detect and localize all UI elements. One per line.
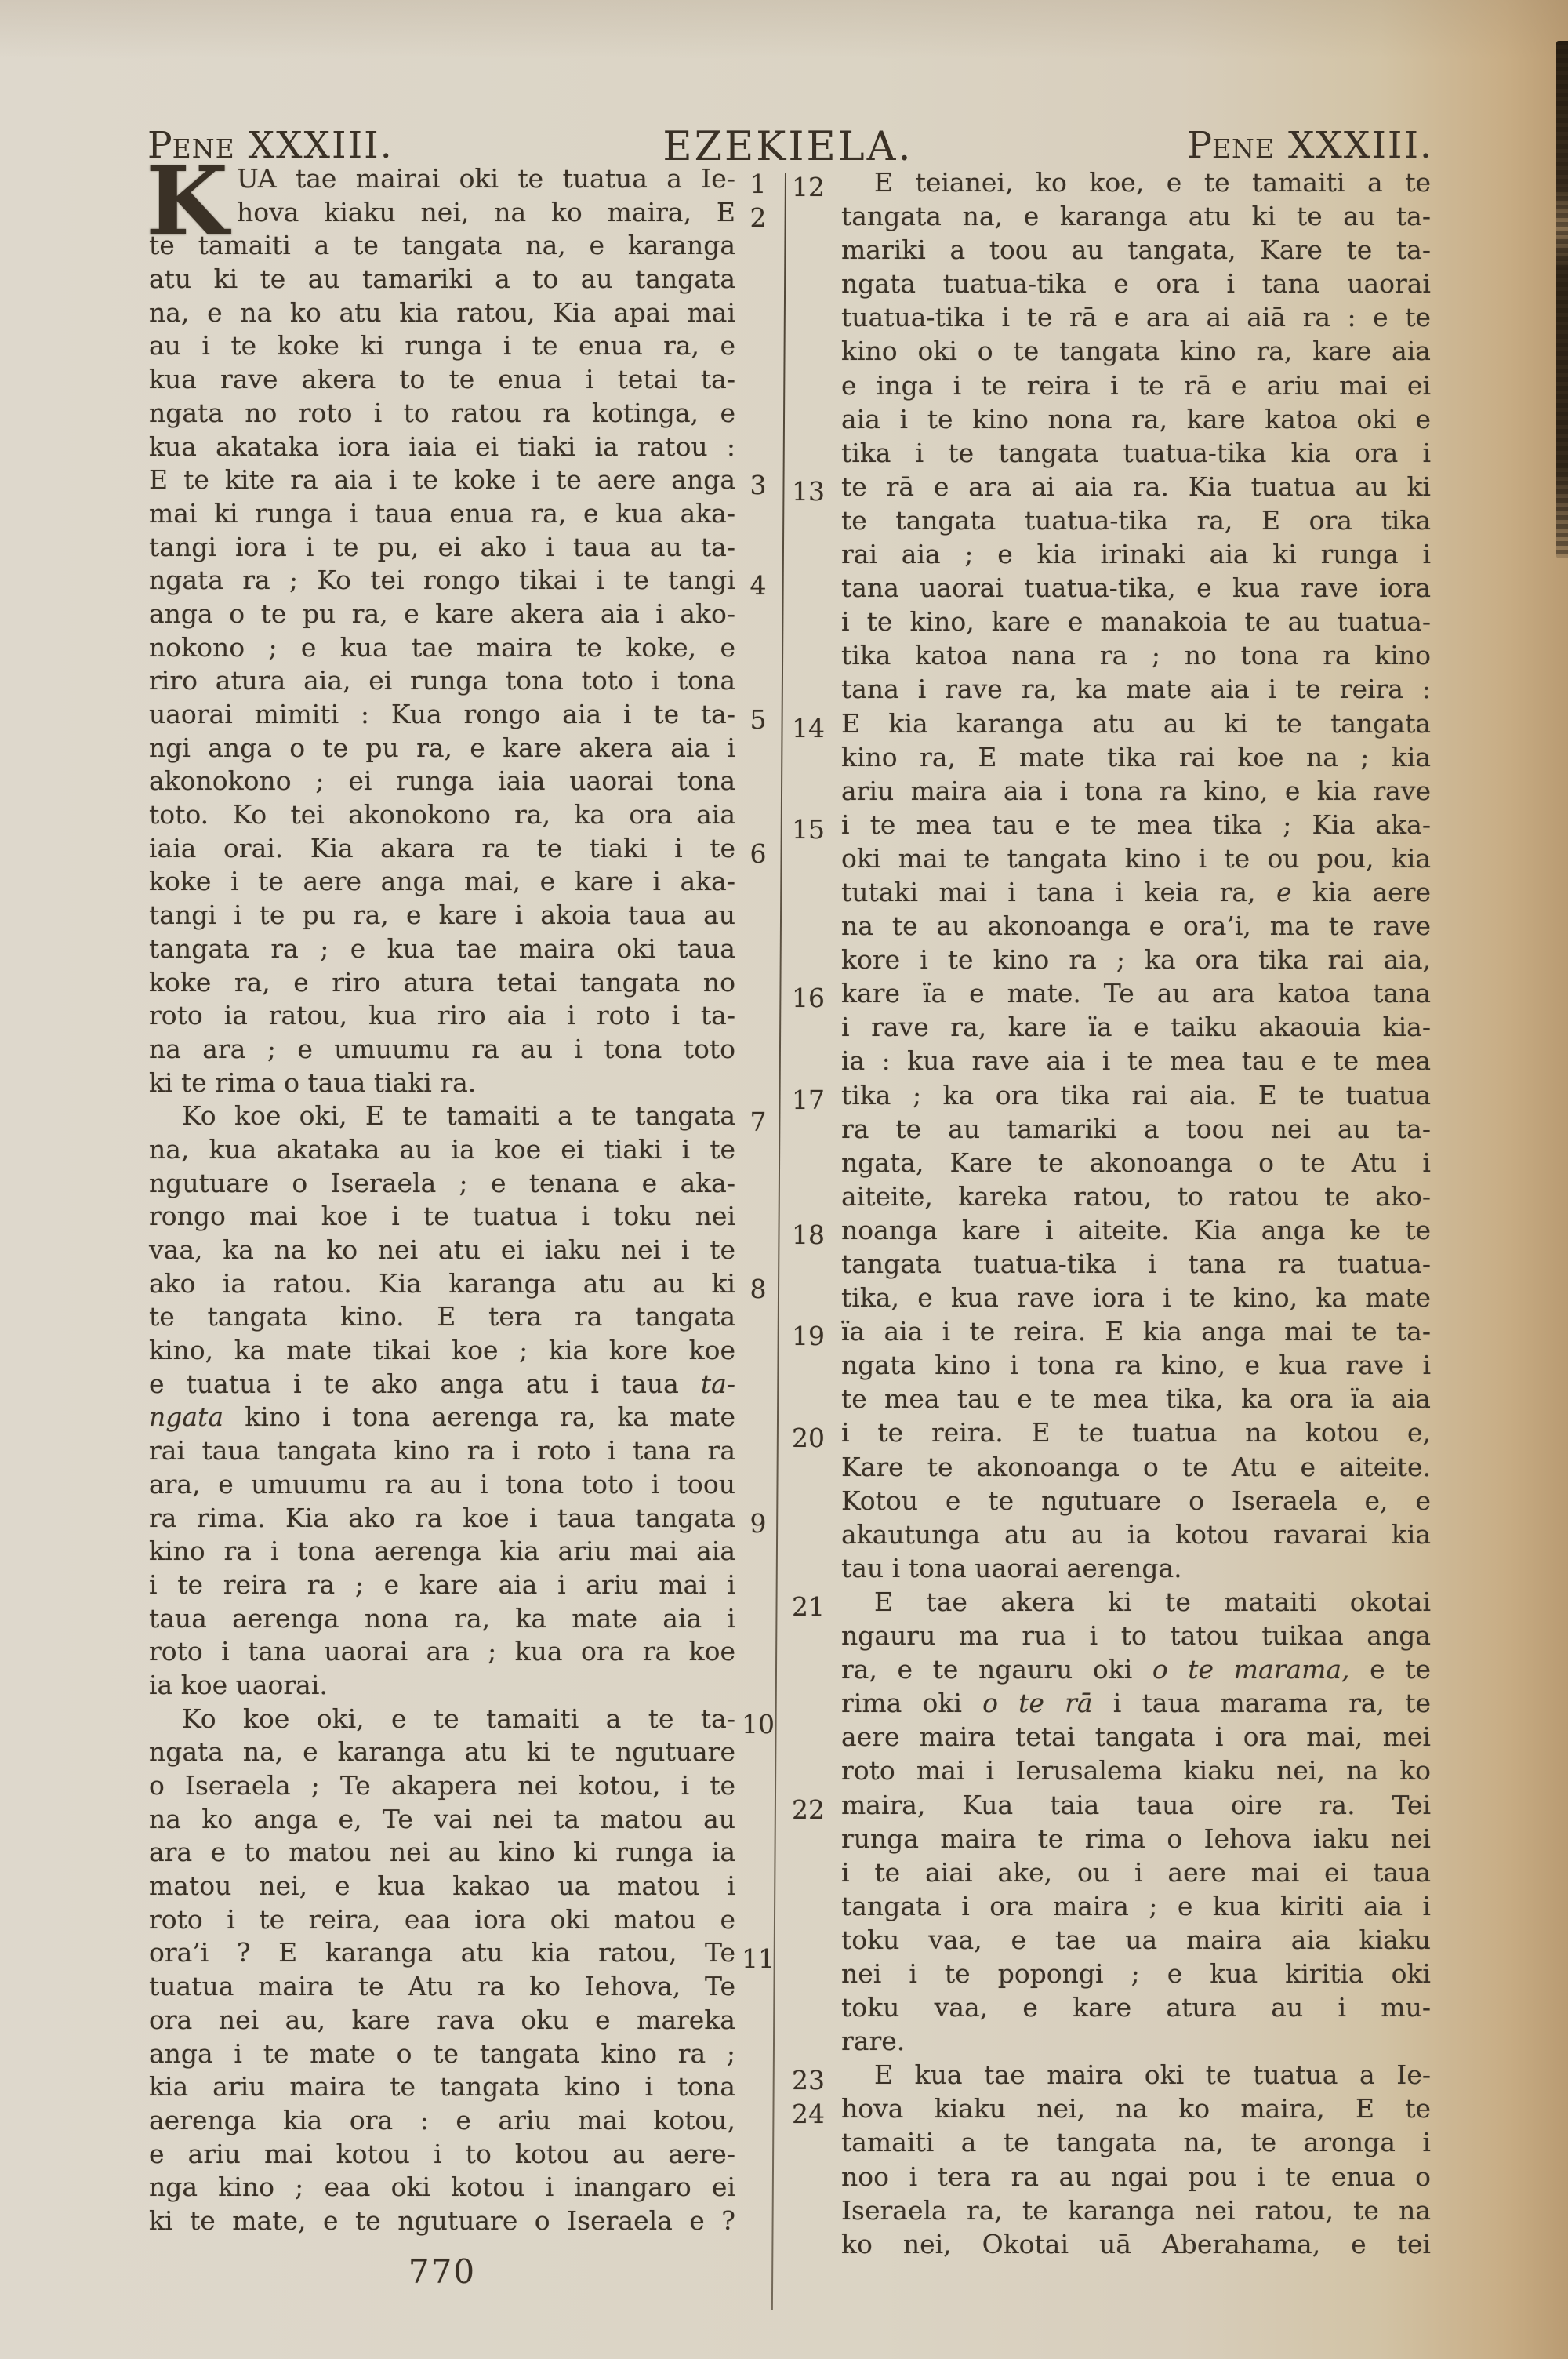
text-line: ora nei au, kare rava oku e mareka (149, 2004, 735, 2037)
verse-number: 21 (792, 1590, 839, 1623)
verse-number: 20 (792, 1422, 839, 1455)
text-line: runga maira te rima o Iehova iaku nei (841, 1822, 1431, 1856)
text-line: ra te au tamariki a toou nei au ta- (841, 1112, 1431, 1146)
text-line: tika ; ka ora tika rai aia. E te tuatua (841, 1078, 1431, 1112)
text-line: kino ra, E mate tika rai koe na ; kia (841, 740, 1431, 774)
text-line: taua aerenga nona ra, ka mate aia i (149, 1602, 735, 1636)
text-line: tuatua-tika i te rā e ara ai aiā ra : e … (841, 300, 1431, 334)
running-head-right-chapter: XXXIII. (1275, 124, 1433, 167)
italic-text-segment: o te rā (982, 1688, 1092, 1718)
text-column-left: UA tae mairai oki te tuatua a Ie-hova ki… (149, 162, 735, 2238)
text-line: hova kiaku nei, na ko maira, E (149, 196, 735, 230)
text-line: kino, ka mate tikai koe ; kia kore koe (149, 1334, 735, 1368)
text-line: na te au akonoanga e ora’i, ma te rave (841, 909, 1431, 943)
text-segment: i taua marama ra, te (1093, 1688, 1431, 1718)
text-line: tana i rave ra, ka mate aia i te reira : (841, 672, 1431, 706)
text-segment: e tuatua i te ako anga atu i taua (149, 1369, 701, 1399)
text-line: ia : kua rave aia i te mea tau e te mea (841, 1044, 1431, 1078)
text-line: ngata kino i tona aerenga ra, ka mate (149, 1401, 735, 1434)
text-line: o Iseraela ; Te akapera nei kotou, i te (149, 1769, 735, 1803)
text-line: i te mea tau e te mea tika ; Kia aka- (841, 808, 1431, 841)
text-line: mariki a toou au tangata, Kare te ta- (841, 233, 1431, 267)
text-line: e inga i te reira i te rā e ariu mai ei (841, 369, 1431, 402)
text-line: akautunga atu au ia kotou ravarai kia (841, 1518, 1431, 1551)
text-segment: ra, e te ngauru oki (841, 1654, 1152, 1685)
text-line: na ara ; e umuumu ra au i tona toto (149, 1033, 735, 1067)
verse-number: 2 (740, 202, 776, 234)
text-line: tika katoa nana ra ; no tona ra kino (841, 638, 1431, 672)
running-head-left-chapter: XXXIII. (235, 124, 394, 167)
text-line: na, e na ko atu kia ratou, Kia apai mai (149, 296, 735, 330)
text-line: nei i te popongi ; e kua kiritia oki (841, 1957, 1431, 1990)
text-line: tangi iora i te pu, ei ako i taua au ta- (149, 531, 735, 565)
italic-text-segment: ngata (149, 1401, 223, 1432)
text-line: te mea tau e te mea tika, ka ora ïa aia (841, 1382, 1431, 1416)
verse-number: 15 (792, 813, 839, 846)
text-line: ngi anga o te pu ra, e kare akera aia i (149, 732, 735, 765)
verse-number: 1 (740, 168, 776, 201)
text-segment: rima oki (841, 1688, 982, 1718)
text-line: mai ki runga i taua enua ra, e kua aka- (149, 497, 735, 531)
text-segment: tutaki mai i tana i keia ra, (841, 877, 1276, 907)
running-head-right-initial: P (1187, 124, 1212, 167)
italic-text-segment: e (1276, 877, 1292, 907)
text-line: tuatua maira te Atu ra ko Iehova, Te (149, 1970, 735, 2004)
text-line: matou nei, e kua kakao ua matou i (149, 1870, 735, 1903)
text-line: ako ia ratou. Kia karanga atu au ki (149, 1267, 735, 1301)
text-line: ngutuare o Iseraela ; e tenana e aka- (149, 1167, 735, 1201)
text-line: vaa, ka na ko nei atu ei iaku nei i te (149, 1234, 735, 1267)
text-line: tangata na, e karanga atu ki te au ta- (841, 199, 1431, 233)
text-line: nokono ; e kua tae maira te koke, e (149, 631, 735, 665)
verse-number: 19 (792, 1320, 839, 1353)
verse-number: 12 (792, 171, 839, 204)
text-line: ra rima. Kia ako ra koe i taua tangata (149, 1502, 735, 1536)
italic-text-segment: ta- (701, 1369, 735, 1399)
text-line: au i te koke ki runga i te enua ra, e (149, 329, 735, 363)
text-line: tangata i ora maira ; e kua kiriti aia i (841, 1889, 1431, 1923)
verse-number: 4 (740, 569, 776, 602)
text-line: ngata, Kare te akonoanga o te Atu i (841, 1146, 1431, 1179)
text-line: ngata tuatua-tika e ora i tana uaorai (841, 267, 1431, 300)
text-line: Kare te akonoanga o te Atu e aiteite. (841, 1450, 1431, 1484)
text-line: ara, e umuumu ra au i tona toto i toou (149, 1468, 735, 1502)
text-line: toku vaa, e tae ua maira aia kiaku (841, 1923, 1431, 1957)
verse-number: 13 (792, 475, 839, 508)
text-line: kare ïa e mate. Te au ara katoa tana (841, 976, 1431, 1010)
running-head-right-smallcaps: ENE (1212, 133, 1275, 164)
text-line: iaia orai. Kia akara ra te tiaki i te (149, 832, 735, 866)
text-line: e ariu mai kotou i to kotou au aere- (149, 2138, 735, 2172)
text-line: rai taua tangata kino ra i roto i tana r… (149, 1434, 735, 1468)
text-line: te tamaiti a te tangata na, e karanga (149, 229, 735, 263)
verse-number: 7 (740, 1106, 776, 1139)
verse-number: 6 (740, 838, 776, 871)
text-line: i te aiai ake, ou i aere mai ei taua (841, 1856, 1431, 1889)
text-line: na ko anga e, Te vai nei ta matou au (149, 1803, 735, 1837)
verse-number: 10 (740, 1708, 776, 1741)
text-line: akonokono ; ei runga iaia uaorai tona (149, 765, 735, 798)
running-head-right: PENE XXXIII. (1187, 124, 1433, 167)
text-line: maira, Kua taia taua oire ra. Tei (841, 1788, 1431, 1822)
verse-number: 23 (792, 2064, 839, 2097)
text-line: ia koe uaorai. (149, 1669, 735, 1703)
page-number: 770 (149, 2252, 735, 2291)
verse-number: 16 (792, 982, 839, 1015)
text-line: UA tae mairai oki te tuatua a Ie- (149, 162, 735, 196)
text-line: E tae akera ki te mataiti okotai (841, 1585, 1431, 1619)
text-line: te tangata tuatua-tika ra, E ora tika (841, 503, 1431, 537)
text-line: kino ra i tona aerenga kia ariu mai aia (149, 1535, 735, 1568)
text-line: i rave ra, kare ïa e taiku akaouia kia- (841, 1010, 1431, 1044)
text-line: ngata ra ; Ko tei rongo tikai i te tangi (149, 564, 735, 598)
italic-text-segment: o te marama, (1152, 1654, 1350, 1685)
text-line: roto ia ratou, kua riro aia i roto i ta- (149, 999, 735, 1033)
book-page: PENE XXXIII. EZEKIELA. PENE XXXIII. K UA… (0, 0, 1568, 2359)
text-line: i te kino, kare e manakoia te au tuatua- (841, 605, 1431, 638)
text-line: aiteite, kareka ratou, to ratou te ako- (841, 1179, 1431, 1213)
verse-number: 9 (740, 1507, 776, 1540)
text-line: tika, e kua rave iora i te kino, ka mate (841, 1281, 1431, 1314)
text-line: ïa aia i te reira. E kia anga mai te ta- (841, 1314, 1431, 1348)
verse-number: 22 (792, 1794, 839, 1826)
text-line: rare. (841, 2024, 1431, 2058)
text-line: aere maira tetai tangata i ora mai, mei (841, 1720, 1431, 1754)
text-line: tangata ra ; e kua tae maira oki taua (149, 932, 735, 966)
verse-number: 5 (740, 703, 776, 736)
text-line: ara e to matou nei au kino ki runga ia (149, 1836, 735, 1870)
text-line: anga i te mate o te tangata kino ra ; (149, 2037, 735, 2071)
text-line: e tuatua i te ako anga atu i taua ta- (149, 1368, 735, 1401)
text-line: Ko koe oki, E te tamaiti a te tangata (149, 1100, 735, 1133)
text-line: noanga kare i aiteite. Kia anga ke te (841, 1213, 1431, 1247)
text-segment: e te (1350, 1654, 1431, 1685)
page-binding-edge (1556, 41, 1568, 558)
text-line: i te reira ra ; e kare aia i ariu mai i (149, 1568, 735, 1602)
text-line: nga kino ; eaa oki kotou i inangaro ei (149, 2171, 735, 2205)
text-line: Iseraela ra, te karanga nei ratou, te na (841, 2194, 1431, 2227)
text-line: E kia karanga atu au ki te tangata (841, 707, 1431, 740)
verse-number: 18 (792, 1219, 839, 1252)
text-line: ki te rima o taua tiaki ra. (149, 1067, 735, 1100)
verse-number: 3 (740, 469, 776, 502)
text-line: riro atura aia, ei runga tona toto i ton… (149, 664, 735, 698)
text-line: aia i te kino nona ra, kare katoa oki e (841, 402, 1431, 436)
text-line: rongo mai koe i te tuatua i toku nei (149, 1200, 735, 1234)
text-line: tamaiti a te tangata na, te aronga i (841, 2125, 1431, 2159)
text-column-right: E teianei, ko koe, e te tamaiti a tetang… (841, 165, 1431, 2261)
text-line: koke i te aere anga mai, e kare i aka- (149, 865, 735, 899)
text-line: rima oki o te rā i taua marama ra, te (841, 1686, 1431, 1720)
text-line: E teianei, ko koe, e te tamaiti a te (841, 165, 1431, 199)
text-line: roto i te reira, eaa iora oki matou e (149, 1903, 735, 1937)
text-line: kore i te kino ra ; ka ora tika rai aia, (841, 943, 1431, 976)
text-line: tangi i te pu ra, e kare i akoia taua au (149, 899, 735, 932)
verse-number: 8 (740, 1273, 776, 1306)
text-line: te rā e ara ai aia ra. Kia tuatua au ki (841, 470, 1431, 503)
text-line: ariu maira aia i tona ra kino, e kia rav… (841, 774, 1431, 808)
text-line: noo i tera ra au ngai pou i te enua o (841, 2160, 1431, 2194)
text-line: E kua tae maira oki te tuatua a Ie- (841, 2058, 1431, 2092)
text-segment: kia aere (1291, 877, 1431, 907)
text-line: tangata tuatua-tika i tana ra tuatua- (841, 1247, 1431, 1281)
text-line: aerenga kia ora : e ariu mai kotou, (149, 2104, 735, 2138)
text-line: toto. Ko tei akonokono ra, ka ora aia (149, 798, 735, 832)
text-line: ra, e te ngauru oki o te marama, e te (841, 1652, 1431, 1686)
text-line: tana uaorai tuatua-tika, e kua rave iora (841, 571, 1431, 605)
text-line: ki te mate, e te ngutuare o Iseraela e ? (149, 2205, 735, 2238)
text-line: kino oki o te tangata kino ra, kare aia (841, 334, 1431, 368)
text-segment: kino i tona aerenga ra, ka mate (223, 1401, 735, 1432)
text-line: ora’i ? E karanga atu kia ratou, Te (149, 1936, 735, 1970)
text-line: roto mai i Ierusalema kiaku nei, na ko (841, 1754, 1431, 1787)
text-line: tau i tona uaorai aerenga. (841, 1551, 1431, 1585)
text-line: ko nei, Okotai uā Aberahama, e tei (841, 2227, 1431, 2261)
text-line: ngata na, e karanga atu ki te ngutuare (149, 1736, 735, 1769)
text-line: ngata kino i tona ra kino, e kua rave i (841, 1348, 1431, 1382)
text-line: ngauru ma rua i to tatou tuikaa anga (841, 1619, 1431, 1652)
text-line: kua akataka iora iaia ei tiaki ia ratou … (149, 431, 735, 464)
text-line: hova kiaku nei, na ko maira, E te (841, 2092, 1431, 2125)
text-line: Kotou e te ngutuare o Iseraela e, e (841, 1484, 1431, 1518)
text-line: koke ra, e riro atura tetai tangata no (149, 966, 735, 1000)
text-line: tika i te tangata tuatua-tika kia ora i (841, 436, 1431, 470)
text-line: toku vaa, e kare atura au i mu- (841, 1990, 1431, 2024)
text-line: ngata no roto i to ratou ra kotinga, e (149, 397, 735, 431)
text-line: atu ki te au tamariki a to au tangata (149, 263, 735, 296)
text-line: uaorai mimiti : Kua rongo aia i te ta- (149, 698, 735, 732)
verse-number: 17 (792, 1084, 839, 1117)
text-line: tutaki mai i tana i keia ra, e kia aere (841, 875, 1431, 909)
verse-number: 11 (740, 1943, 776, 1976)
text-line: oki mai te tangata kino i te ou pou, kia (841, 841, 1431, 875)
text-line: E te kite ra aia i te koke i te aere ang… (149, 463, 735, 497)
text-line: rai aia ; e kia irinaki aia ki runga i (841, 537, 1431, 571)
text-line: anga o te pu ra, e kare akera aia i ako- (149, 598, 735, 631)
text-line: i te reira. E te tuatua na kotou e, (841, 1416, 1431, 1449)
verse-number: 14 (792, 712, 839, 745)
text-line: kua rave akera to te enua i tetai ta- (149, 363, 735, 397)
text-line: kia ariu maira te tangata kino i tona (149, 2070, 735, 2104)
verse-number: 24 (792, 2098, 839, 2131)
text-line: te tangata kino. E tera ra tangata (149, 1300, 735, 1334)
text-line: na, kua akataka au ia koe ei tiaki i te (149, 1133, 735, 1167)
text-line: roto i tana uaorai ara ; kua ora ra koe (149, 1635, 735, 1669)
text-line: Ko koe oki, e te tamaiti a te ta- (149, 1703, 735, 1736)
